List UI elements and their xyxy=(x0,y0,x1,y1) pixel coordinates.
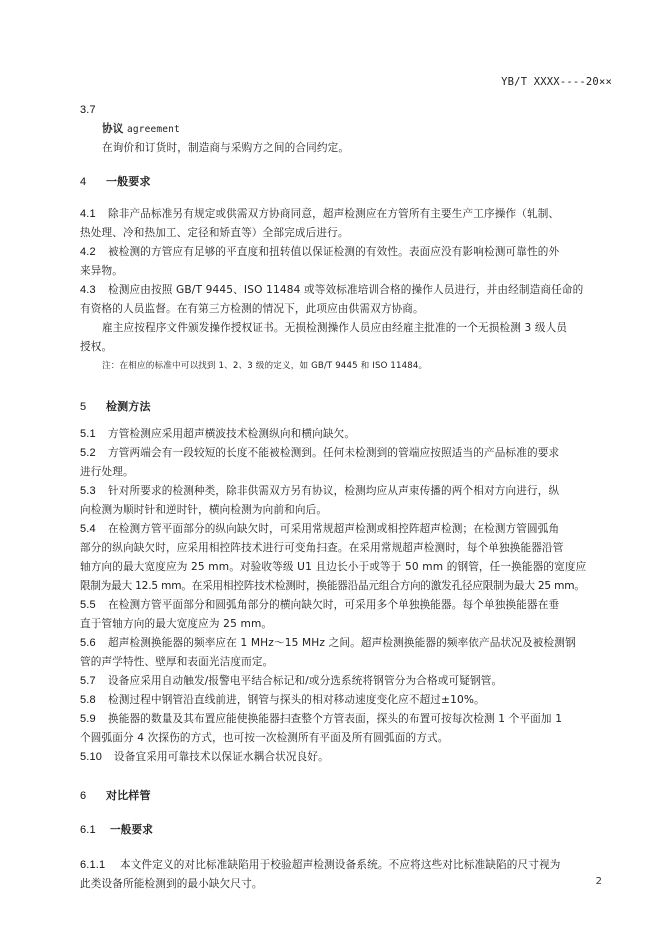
subsection-heading-6-1: 6.1一般要求 xyxy=(80,821,595,840)
clause-text: 方管两端会有一段较短的长度不能被检测到。任何未检测到的管端应按照适当的产品标准的… xyxy=(108,447,559,459)
clause-4-2-line2: 来异物。 xyxy=(80,262,595,281)
clause-number: 6.1.1 xyxy=(80,856,120,875)
clause-number: 5.2 xyxy=(80,444,108,463)
term-zh: 协议 xyxy=(102,123,124,135)
clause-5-1: 5.1方管检测应采用超声横波技术检测纵向和横向缺欠。 xyxy=(80,425,595,444)
clause-number: 5.5 xyxy=(80,596,108,615)
clause-text: 针对所要求的检测种类，除非供需双方另有协议，检测均应从声束传播的两个相对方向进行… xyxy=(108,485,559,497)
clause-number: 5.9 xyxy=(80,710,108,729)
clause-5-5-line2: 直于管轴方向的最大宽度应为 25 mm。 xyxy=(80,615,595,634)
clause-number: 5.10 xyxy=(80,748,114,767)
clause-5-6-line2: 管的声学特性、壁厚和表面光洁度而定。 xyxy=(80,653,595,672)
clause-5-8: 5.8检测过程中钢管沿直线前进，钢管与探头的相对移动速度变化应不超过±10%。 xyxy=(80,691,595,710)
section-heading-5: 5检测方法 xyxy=(80,397,595,417)
clause-text: 设备应采用自动触发/报警电平结合标记和/或分选系统将钢管分为合格或可疑钢管。 xyxy=(108,675,502,687)
clause-number: 4.1 xyxy=(80,205,108,224)
term-definition: 在询价和订货时，制造商与采购方之间的合同约定。 xyxy=(80,139,617,158)
section-title: 检测方法 xyxy=(106,400,151,413)
clause-text: 设备宜采用可靠技术以保证水耦合状况良好。 xyxy=(114,751,329,763)
clause-5-9-line1: 5.9换能器的数量及其布置应能使换能器扫查整个方管表面，探头的布置可按每次检测 … xyxy=(80,710,595,729)
document-code: YB/T XXXX----20×× xyxy=(501,76,612,88)
clause-5-4-line4: 限制为最大 12.5 mm。在采用相控阵技术检测时，换能器沿晶元组合方向的激发孔… xyxy=(80,577,595,596)
section-title: 一般要求 xyxy=(106,175,151,188)
clause-5-9-line2: 个圆弧面分 4 次探伤的方式，也可按一次检测所有平面及所有圆弧面的方式。 xyxy=(80,729,595,748)
clause-text: 检测过程中钢管沿直线前进，钢管与探头的相对移动速度变化应不超过±10%。 xyxy=(108,694,485,706)
clause-5-2-line2: 进行处理。 xyxy=(80,463,595,482)
clause-number: 5.4 xyxy=(80,520,108,539)
clause-text: 方管检测应采用超声横波技术检测纵向和横向缺欠。 xyxy=(108,428,355,440)
clause-number: 5.8 xyxy=(80,691,108,710)
clause-5-7: 5.7设备应采用自动触发/报警电平结合标记和/或分选系统将钢管分为合格或可疑钢管… xyxy=(80,672,595,691)
clause-4-3-line1: 4.3检测应由按照 GB/T 9445、ISO 11484 或等效标准培训合格的… xyxy=(80,281,595,300)
clause-5-2-line1: 5.2方管两端会有一段较短的长度不能被检测到。任何未检测到的管端应按照适当的产品… xyxy=(80,444,595,463)
clause-text: 换能器的数量及其布置应能使换能器扫查整个方管表面，探头的布置可按每次检测 1 个… xyxy=(108,713,562,725)
clause-number: 5.7 xyxy=(80,672,108,691)
section-heading-6: 6对比样管 xyxy=(80,786,595,806)
clause-number: 4.3 xyxy=(80,281,108,300)
clause-5-3-line2: 向检测为顺时针和逆时针，横向检测为向前和向后。 xyxy=(80,501,595,520)
clause-5-6-line1: 5.6超声检测换能器的频率应在 1 MHz～15 MHz 之间。超声检测换能器的… xyxy=(80,634,595,653)
clause-5-4-line2: 部分的纵向缺欠时，应采用相控阵技术进行可变角扫查。在采用常规超声检测时，每个单独… xyxy=(80,539,595,558)
section-number: 5 xyxy=(80,398,106,417)
clause-5-4-line3: 轴方向的最大宽度应为 25 mm。对验收等级 U1 且边长小于或等于 50 mm… xyxy=(80,558,595,577)
clause-number: 4.2 xyxy=(80,243,108,262)
clause-number: 5.1 xyxy=(80,425,108,444)
section-number: 4 xyxy=(80,173,106,192)
clause-text: 本文件定义的对比标准缺陷用于校验超声检测设备系统。不应将这些对比标准缺陷的尺寸视… xyxy=(120,859,561,871)
clause-text: 在检测方管平面部分的纵向缺欠时，可采用常规超声检测或相控阵超声检测；在检测方管圆… xyxy=(108,523,559,535)
clause-number: 3.7 xyxy=(80,101,96,120)
term-heading: 协议 agreement xyxy=(80,120,617,139)
section-heading-4: 4一般要求 xyxy=(80,172,595,192)
clause-number: 5.3 xyxy=(80,482,108,501)
clause-4-3-line4: 授权。 xyxy=(80,338,595,357)
clause-4-2-line1: 4.2被检测的方管应有足够的平直度和扭转值以保证检测的有效性。表面应没有影响检测… xyxy=(80,243,595,262)
clause-6-1-1-line1: 6.1.1本文件定义的对比标准缺陷用于校验超声检测设备系统。不应将这些对比标准缺… xyxy=(80,856,595,875)
clause-text: 超声检测换能器的频率应在 1 MHz～15 MHz 之间。超声检测换能器的频率依… xyxy=(108,637,576,649)
clause-4-3-line2: 有资格的人员监督。在有第三方检测的情况下，此项应由供需双方协商。 xyxy=(80,300,595,319)
clause-text: 检测应由按照 GB/T 9445、ISO 11484 或等效标准培训合格的操作人… xyxy=(108,284,583,296)
clause-5-10: 5.10设备宜采用可靠技术以保证水耦合状况良好。 xyxy=(80,748,595,767)
clause-number-3-7: 3.7 xyxy=(80,101,595,120)
clause-text: 在检测方管平面部分和圆弧角部分的横向缺欠时，可采用多个单独换能器。每个单独换能器… xyxy=(108,599,559,611)
clause-text: 除非产品标准另有规定或供需双方协商同意，超声检测应在方管所有主要生产工序操作（轧… xyxy=(108,208,559,220)
clause-6-1-1-line2: 此类设备所能检测到的最小缺欠尺寸。 xyxy=(80,875,595,894)
subsection-title: 一般要求 xyxy=(110,824,153,836)
term-en: agreement xyxy=(127,124,180,135)
clause-text: 被检测的方管应有足够的平直度和扭转值以保证检测的有效性。表面应没有影响检测可靠性… xyxy=(108,246,559,258)
clause-4-3-line3: 雇主应按程序文件颁发操作授权证书。无损检测操作人员应由经雇主批准的一个无损检测 … xyxy=(80,319,617,338)
subsection-number: 6.1 xyxy=(80,821,110,840)
clause-5-5-line1: 5.5在检测方管平面部分和圆弧角部分的横向缺欠时，可采用多个单独换能器。每个单独… xyxy=(80,596,595,615)
clause-5-4-line1: 5.4在检测方管平面部分的纵向缺欠时，可采用常规超声检测或相控阵超声检测；在检测… xyxy=(80,520,595,539)
note: 注：在相应的标准中可以找到 1、2、3 级的定义，如 GB/T 9445 和 I… xyxy=(80,357,617,376)
clause-5-3-line1: 5.3针对所要求的检测种类，除非供需双方另有协议，检测均应从声束传播的两个相对方… xyxy=(80,482,595,501)
clause-number: 5.6 xyxy=(80,634,108,653)
clause-4-1-line2: 热处理、冷和热加工、定径和矫直等）全部完成后进行。 xyxy=(80,224,595,243)
document-page: YB/T XXXX----20×× 3.7 协议 agreement 在询价和订… xyxy=(0,0,662,936)
section-title: 对比样管 xyxy=(106,789,151,802)
page-number: 2 xyxy=(596,876,602,887)
clause-4-1-line1: 4.1除非产品标准另有规定或供需双方协商同意，超声检测应在方管所有主要生产工序操… xyxy=(80,205,595,224)
section-number: 6 xyxy=(80,787,106,806)
